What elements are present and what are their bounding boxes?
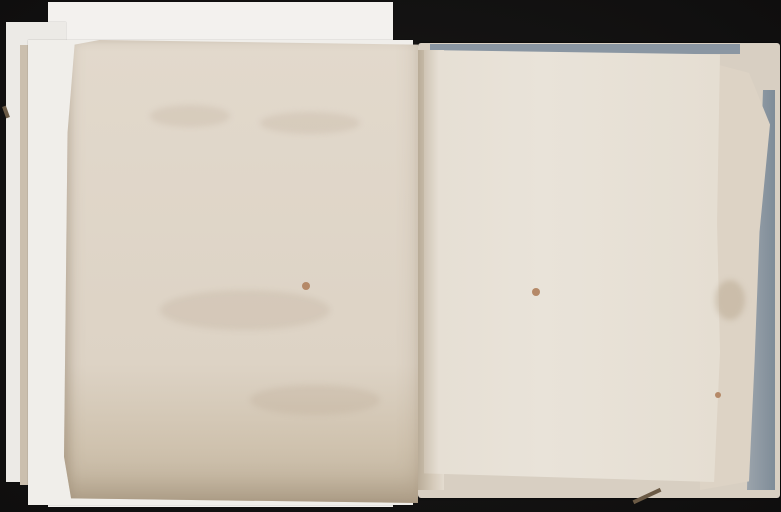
stain-mark	[260, 112, 360, 134]
foxing-spot	[302, 282, 310, 290]
stain-mark	[160, 290, 330, 330]
stain-mark	[150, 105, 230, 127]
foxing-spot	[715, 392, 721, 398]
right-blank-page	[424, 50, 720, 482]
left-blank-page	[64, 40, 418, 503]
stain-mark	[715, 280, 745, 320]
foxing-spot	[532, 288, 540, 296]
stain-mark	[250, 385, 380, 415]
